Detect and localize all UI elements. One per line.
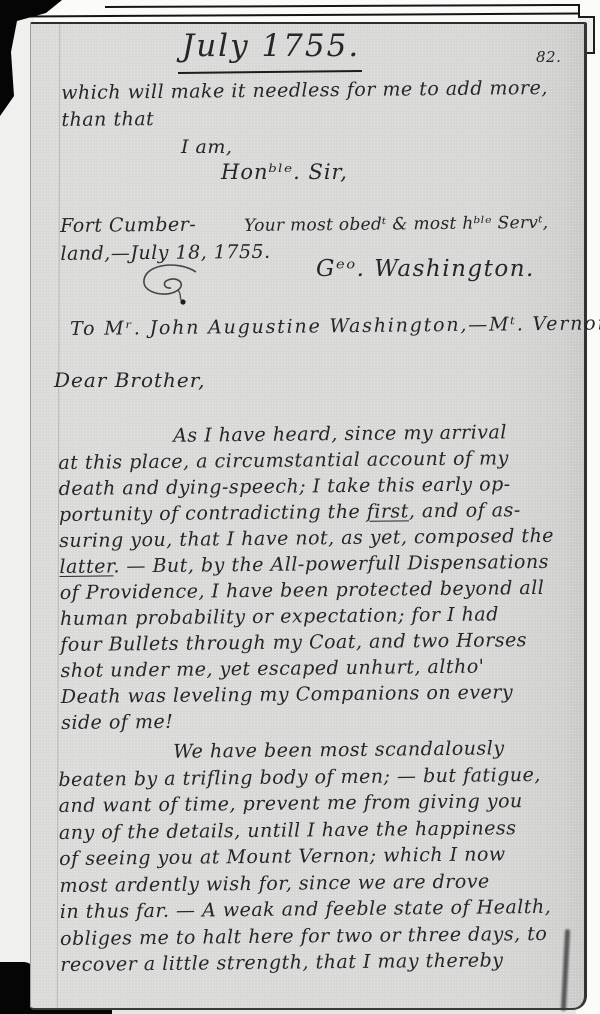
valediction-honorific: Honᵇˡᵉ. Sir, — [221, 160, 348, 184]
manuscript-line: than that — [61, 102, 569, 134]
letter-salutation: Dear Brother, — [54, 368, 206, 392]
letter-opening-lines: which will make it needless for me to ad… — [61, 75, 570, 134]
manuscript-line: which will make it needless for me to ad… — [61, 75, 569, 107]
manuscript-line: of seeing you at Mount Vernon; which I n… — [59, 841, 573, 873]
page-stack-edge-top — [105, 4, 557, 8]
letter-paragraph-2: We have been most scandalouslybeaten by … — [58, 735, 574, 979]
letter-address-line: To Mʳ. John Augustine Washington,—Mᵗ. Ve… — [70, 312, 600, 340]
manuscript-page: July 1755. 82. which will make it needle… — [30, 22, 587, 1010]
signature-george-washington: Gᵉᵒ. Washington. — [316, 256, 535, 282]
manuscript-line: recover a little strength, that I may th… — [60, 947, 574, 979]
letter-paragraph-1: As I have heard, since my arrivalat this… — [58, 419, 575, 736]
left-gutter-shading — [0, 0, 34, 1014]
header-underline — [178, 70, 362, 74]
page-stack-edge-second — [28, 13, 580, 18]
manuscript-line: Fort Cumber- — [60, 210, 270, 240]
letter-dateline: Fort Cumber-land,—July 18, 1755. — [60, 210, 271, 268]
page-header-date: July 1755. — [161, 28, 381, 64]
page-number: 82. — [536, 48, 561, 66]
letter-closing: Your most obedᵗ & most hᵇˡᵉ Servᵗ, — [244, 213, 549, 236]
manuscript-line: side of me! — [61, 705, 575, 736]
valediction-i-am: I am, — [181, 136, 232, 158]
flourish-paraph — [138, 262, 208, 310]
page-stack-corner-notch — [552, 4, 580, 19]
manuscript-line: Death was leveling my Companions on ever… — [61, 679, 575, 710]
manuscript-line: four Bullets through my Coat, and two Ho… — [60, 627, 574, 658]
scanned-manuscript: July 1755. 82. which will make it needle… — [0, 0, 600, 1014]
